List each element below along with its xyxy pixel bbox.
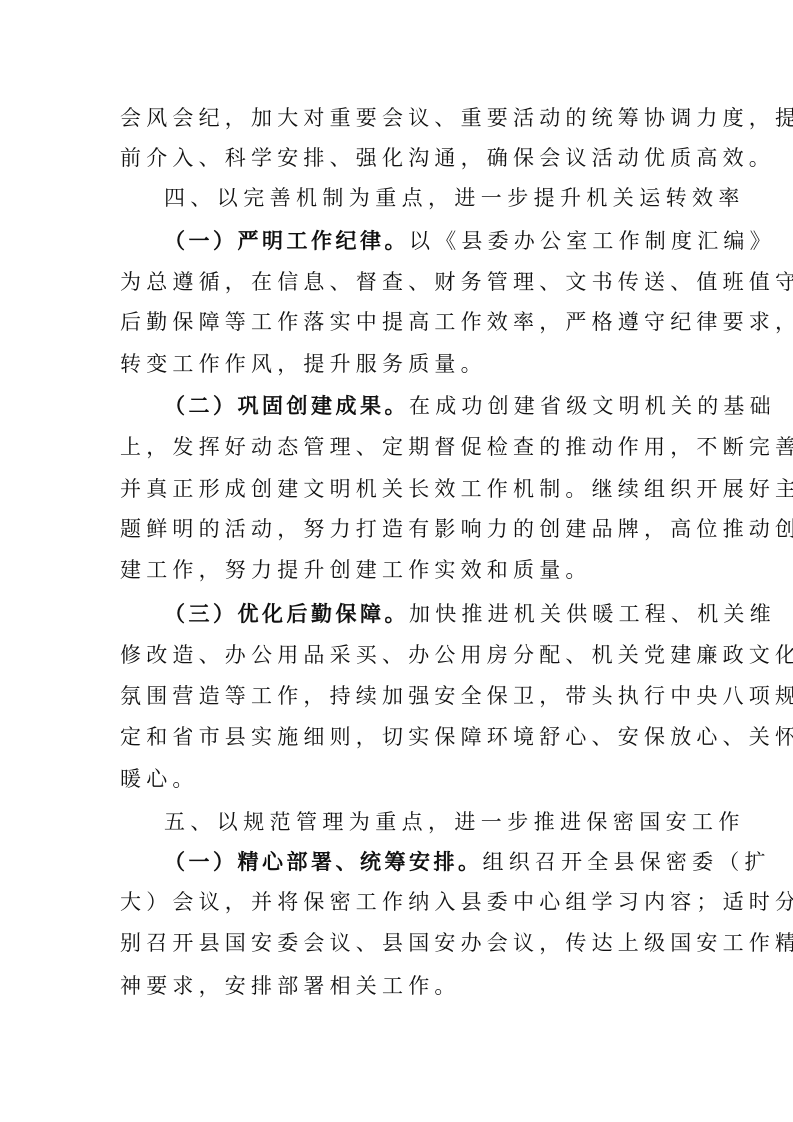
paragraph-line: 为总遵循，在信息、督查、财务管理、文书传送、值班值守、 <box>120 267 680 297</box>
paragraph-line: 神要求，安排部署相关工作。 <box>120 971 680 1001</box>
paragraph-line: 上，发挥好动态管理、定期督促检查的推动作用，不断完善 <box>120 432 680 462</box>
section-heading-4: 四、以完善机制为重点，进一步提升机关运转效率 <box>164 183 724 213</box>
paragraph-line: 修改造、办公用品采买、办公用房分配、机关党建廉政文化 <box>120 640 680 670</box>
paragraph-text: 组织召开全县保密委（扩 <box>483 850 771 874</box>
subsection-title: （一）精心部署、统筹安排。 <box>164 850 483 874</box>
paragraph-line: 别召开县国安委会议、县国安办会议，传达上级国安工作精 <box>120 928 680 958</box>
paragraph-line: 转变工作作风，提升服务质量。 <box>120 349 680 379</box>
paragraph-text: 以《县委办公室工作制度汇编》 <box>409 229 776 253</box>
subsection-2-lead: （二）巩固创建成果。在成功创建省级文明机关的基础 <box>164 391 724 421</box>
paragraph-line: 并真正形成创建文明机关长效工作机制。继续组织开展好主 <box>120 474 680 504</box>
subsection-1-lead: （一）严明工作纪律。以《县委办公室工作制度汇编》 <box>164 226 724 256</box>
paragraph-text: 加快推进机关供暖工程、机关维 <box>409 602 776 626</box>
paragraph-line: 定和省市县实施细则，切实保障环境舒心、安保放心、关怀 <box>120 722 680 752</box>
paragraph-text: 在成功创建省级文明机关的基础 <box>409 394 776 418</box>
paragraph-line: 氛围营造等工作，持续加强安全保卫，带头执行中央八项规 <box>120 681 680 711</box>
document-page: 会风会纪，加大对重要会议、重要活动的统筹协调力度，提 前介入、科学安排、强化沟通… <box>0 0 793 1122</box>
subsection-title: （一）严明工作纪律。 <box>164 229 409 253</box>
subsection-5-1-lead: （一）精心部署、统筹安排。组织召开全县保密委（扩 <box>164 847 724 877</box>
paragraph-line: 暖心。 <box>120 764 680 794</box>
section-heading-5: 五、以规范管理为重点，进一步推进保密国安工作 <box>164 807 724 837</box>
paragraph-line: 建工作，努力提升创建工作实效和质量。 <box>120 555 680 585</box>
paragraph-line: 后勤保障等工作落实中提高工作效率，严格遵守纪律要求， <box>120 307 680 337</box>
paragraph-line: 题鲜明的活动，努力打造有影响力的创建品牌，高位推动创 <box>120 514 680 544</box>
subsection-title: （三）优化后勤保障。 <box>164 602 409 626</box>
paragraph-line: 会风会纪，加大对重要会议、重要活动的统筹协调力度，提 <box>120 103 680 133</box>
subsection-3-lead: （三）优化后勤保障。加快推进机关供暖工程、机关维 <box>164 599 724 629</box>
paragraph-line: 前介入、科学安排、强化沟通，确保会议活动优质高效。 <box>120 143 680 173</box>
paragraph-line: 大）会议，并将保密工作纳入县委中心组学习内容；适时分 <box>120 887 680 917</box>
subsection-title: （二）巩固创建成果。 <box>164 394 409 418</box>
